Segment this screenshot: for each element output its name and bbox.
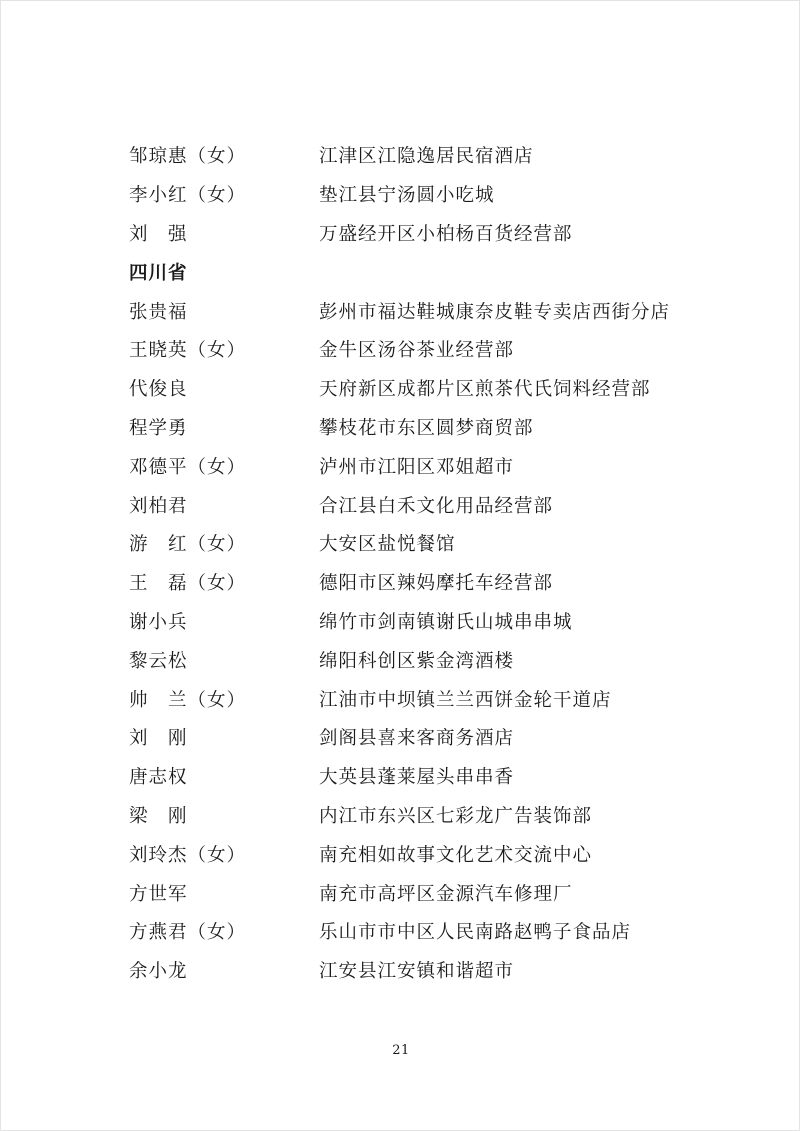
person-name: 王 磊（女） — [129, 569, 319, 595]
list-item: 王晓英（女） 金牛区汤谷茶业经营部 — [129, 330, 749, 369]
list-item: 李小红（女） 垫江县宁汤圆小吃城 — [129, 175, 749, 214]
organization-name: 江津区江隐逸居民宿酒店 — [319, 142, 749, 168]
organization-name: 南充市高坪区金源汽车修理厂 — [319, 880, 749, 906]
organization-name: 江安县江安镇和谐超市 — [319, 957, 749, 983]
person-name: 程学勇 — [129, 414, 319, 440]
person-name: 邓德平（女） — [129, 453, 319, 479]
organization-name: 南充相如故事文化艺术交流中心 — [319, 841, 749, 867]
person-name: 刘柏君 — [129, 492, 319, 518]
list-item: 余小龙 江安县江安镇和谐超市 — [129, 951, 749, 990]
organization-name: 江油市中坝镇兰兰西饼金轮干道店 — [319, 686, 749, 712]
list-item: 方世军 南充市高坪区金源汽车修理厂 — [129, 873, 749, 912]
list-item: 邹琼惠（女） 江津区江隐逸居民宿酒店 — [129, 136, 749, 175]
person-name: 刘玲杰（女） — [129, 841, 319, 867]
person-name: 唐志权 — [129, 763, 319, 789]
list-item: 代俊良 天府新区成都片区煎茶代氏饲料经营部 — [129, 369, 749, 408]
organization-name: 绵竹市剑南镇谢氏山城串串城 — [319, 608, 749, 634]
document-page: 邹琼惠（女） 江津区江隐逸居民宿酒店 李小红（女） 垫江县宁汤圆小吃城 刘 强 … — [0, 0, 800, 1131]
list-item: 帅 兰（女） 江油市中坝镇兰兰西饼金轮干道店 — [129, 679, 749, 718]
award-list: 邹琼惠（女） 江津区江隐逸居民宿酒店 李小红（女） 垫江县宁汤圆小吃城 刘 强 … — [129, 136, 749, 990]
list-item: 刘玲杰（女） 南充相如故事文化艺术交流中心 — [129, 834, 749, 873]
organization-name: 绵阳科创区紫金湾酒楼 — [319, 647, 749, 673]
province-title: 四川省 — [129, 259, 188, 285]
person-name: 代俊良 — [129, 375, 319, 401]
person-name: 方世军 — [129, 880, 319, 906]
organization-name: 大安区盐悦餐馆 — [319, 530, 749, 556]
list-item: 刘柏君 合江县白禾文化用品经营部 — [129, 485, 749, 524]
organization-name: 德阳市区辣妈摩托车经营部 — [319, 569, 749, 595]
organization-name: 垫江县宁汤圆小吃城 — [319, 181, 749, 207]
list-item: 刘 刚 剑阁县喜来客商务酒店 — [129, 718, 749, 757]
list-item: 程学勇 攀枝花市东区圆梦商贸部 — [129, 408, 749, 447]
organization-name: 大英县蓬莱屋头串串香 — [319, 763, 749, 789]
person-name: 方燕君（女） — [129, 918, 319, 944]
page-number: 21 — [392, 1043, 410, 1058]
person-name: 李小红（女） — [129, 181, 319, 207]
person-name: 余小龙 — [129, 957, 319, 983]
person-name: 黎云松 — [129, 647, 319, 673]
page-footer: 21 — [1, 1043, 800, 1058]
list-item: 游 红（女） 大安区盐悦餐馆 — [129, 524, 749, 563]
person-name: 刘 刚 — [129, 724, 319, 750]
list-item: 方燕君（女） 乐山市市中区人民南路赵鸭子食品店 — [129, 912, 749, 951]
list-item: 梁 刚 内江市东兴区七彩龙广告装饰部 — [129, 796, 749, 835]
organization-name: 内江市东兴区七彩龙广告装饰部 — [319, 802, 749, 828]
person-name: 邹琼惠（女） — [129, 142, 319, 168]
organization-name: 万盛经开区小柏杨百货经营部 — [319, 220, 749, 246]
organization-name: 金牛区汤谷茶业经营部 — [319, 336, 749, 362]
list-item: 张贵福 彭州市福达鞋城康奈皮鞋专卖店西街分店 — [129, 291, 749, 330]
list-item: 王 磊（女） 德阳市区辣妈摩托车经营部 — [129, 563, 749, 602]
person-name: 梁 刚 — [129, 802, 319, 828]
person-name: 刘 强 — [129, 220, 319, 246]
person-name: 王晓英（女） — [129, 336, 319, 362]
person-name: 游 红（女） — [129, 530, 319, 556]
list-item: 邓德平（女） 泸州市江阳区邓姐超市 — [129, 446, 749, 485]
organization-name: 天府新区成都片区煎茶代氏饲料经营部 — [319, 375, 749, 401]
list-item: 黎云松 绵阳科创区紫金湾酒楼 — [129, 640, 749, 679]
organization-name: 乐山市市中区人民南路赵鸭子食品店 — [319, 918, 749, 944]
list-item: 唐志权 大英县蓬莱屋头串串香 — [129, 757, 749, 796]
organization-name: 攀枝花市东区圆梦商贸部 — [319, 414, 749, 440]
person-name: 张贵福 — [129, 298, 319, 324]
list-item: 谢小兵 绵竹市剑南镇谢氏山城串串城 — [129, 602, 749, 641]
section-header: 四川省 — [129, 252, 749, 291]
organization-name: 泸州市江阳区邓姐超市 — [319, 453, 749, 479]
organization-name: 彭州市福达鞋城康奈皮鞋专卖店西街分店 — [319, 298, 749, 324]
organization-name: 合江县白禾文化用品经营部 — [319, 492, 749, 518]
list-item: 刘 强 万盛经开区小柏杨百货经营部 — [129, 214, 749, 253]
person-name: 帅 兰（女） — [129, 686, 319, 712]
organization-name: 剑阁县喜来客商务酒店 — [319, 724, 749, 750]
person-name: 谢小兵 — [129, 608, 319, 634]
